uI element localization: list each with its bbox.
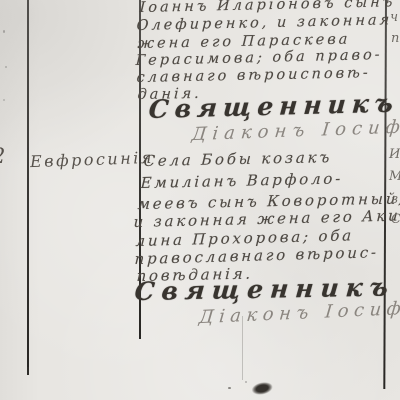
cutoff-letter-fragment: И (389, 147, 400, 162)
handwriting-line: Емиліанъ Варфоло- (140, 169, 343, 192)
handwriting-line: Села Бобы козакъ (143, 148, 333, 170)
entry-number: 2 (0, 144, 5, 168)
scanned-register-page: Іоаннъ Иларіоновъ сынъ Олефиренко, и зак… (0, 0, 400, 400)
paper-speck (5, 66, 7, 68)
cutoff-letter-fragment: С (391, 212, 400, 227)
cutoff-letter-fragment: з (391, 192, 398, 207)
cutoff-letter-fragment: ч (390, 10, 398, 25)
cutoff-letter-fragment: п (391, 31, 399, 46)
paper-speck (3, 30, 5, 33)
baptismal-name: Евфросинія (30, 148, 154, 171)
ink-speck (228, 387, 231, 389)
cutoff-letter-fragment: М (389, 169, 400, 184)
ink-blot (245, 376, 274, 399)
paper-speck (3, 99, 5, 101)
handwriting-line: Олефиренко, и законная (136, 12, 392, 34)
handwriting-line: славнаго вѣроисповѣ- (136, 65, 371, 86)
ink-speck (245, 381, 247, 383)
column-rule-left (27, 0, 29, 375)
